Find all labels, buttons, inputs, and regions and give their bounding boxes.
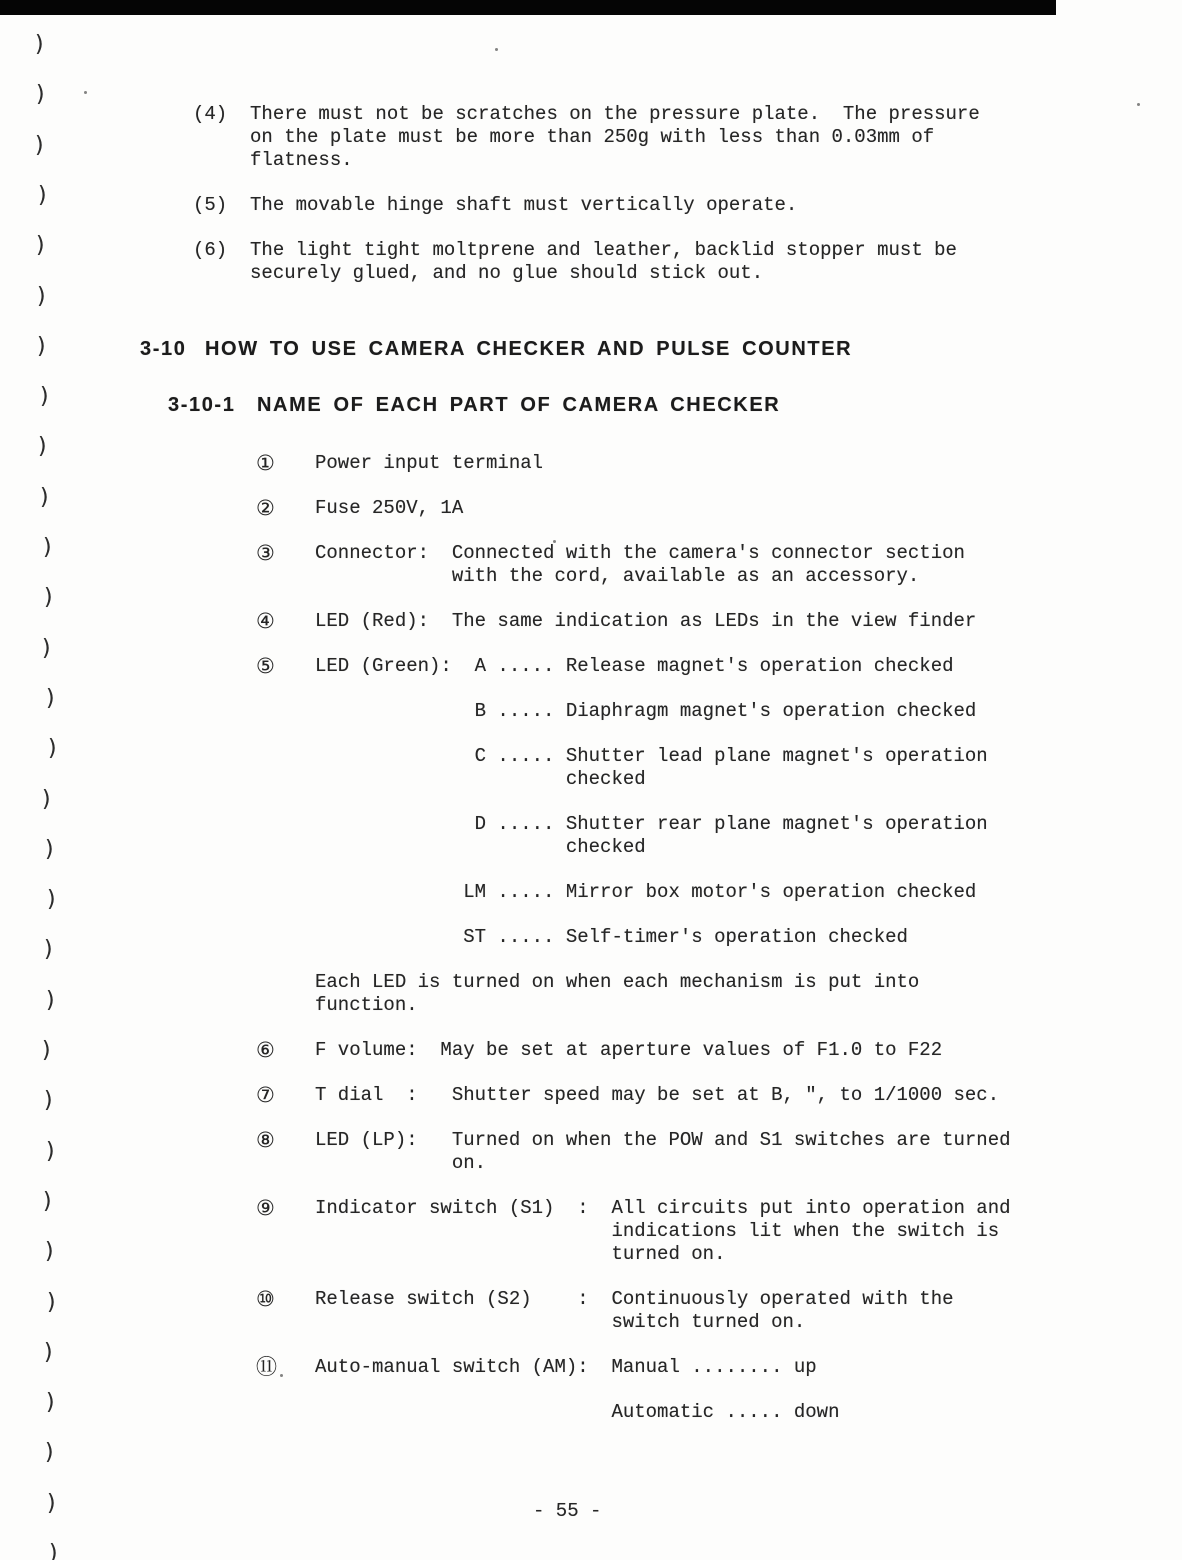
- item-line: ST ..... Self-timer's operation checked: [315, 926, 988, 949]
- binding-mark: ): [33, 32, 46, 57]
- item-block: Power input terminal: [315, 452, 543, 475]
- binding-mark: ): [38, 485, 51, 510]
- section-number: 3-10: [140, 338, 205, 361]
- binding-mark: ): [45, 1290, 58, 1315]
- binding-mark: ): [41, 535, 54, 560]
- section-title: HOW TO USE CAMERA CHECKER AND PULSE COUN…: [205, 338, 852, 361]
- section-heading: 3-10 HOW TO USE CAMERA CHECKER AND PULSE…: [140, 338, 852, 361]
- item-block: Indicator switch (S1) : All circuits put…: [315, 1197, 1011, 1266]
- item-body: Fuse 250V, 1A: [315, 497, 463, 520]
- item-body: LED (Red): The same indication as LEDs i…: [315, 610, 976, 633]
- binding-mark: ): [44, 988, 57, 1013]
- item-block: LED (Red): The same indication as LEDs i…: [315, 610, 976, 633]
- page-number: - 55 -: [533, 1500, 601, 1522]
- circled-number: ⑥: [256, 1039, 315, 1062]
- item-line: C ..... Shutter lead plane magnet's oper…: [315, 745, 988, 768]
- scanned-page: ))))))))))))))))))))))))))))))) (4) Ther…: [0, 0, 1182, 1560]
- item-block: B ..... Diaphragm magnet's operation che…: [315, 700, 988, 723]
- item-line: T dial : Shutter speed may be set at B, …: [315, 1084, 999, 1107]
- binding-mark: ): [36, 434, 49, 459]
- binding-mark: ): [38, 384, 51, 409]
- paragraph: (6) The light tight moltprene and leathe…: [193, 239, 980, 285]
- parts-list: ①Power input terminal②Fuse 250V, 1A③Conn…: [256, 452, 1011, 1424]
- item-line: function.: [315, 994, 919, 1017]
- subsection-heading: 3-10-1 NAME OF EACH PART OF CAMERA CHECK…: [168, 394, 780, 417]
- item-block: Automatic ..... down: [315, 1401, 840, 1424]
- list-item: ⑦T dial : Shutter speed may be set at B,…: [256, 1084, 1011, 1107]
- list-item: ①Power input terminal: [256, 452, 1011, 475]
- binding-mark: ): [42, 937, 55, 962]
- binding-mark: ): [35, 284, 48, 309]
- item-block: Release switch (S2) : Continuously opera…: [315, 1288, 954, 1334]
- binding-mark: ): [44, 1139, 57, 1164]
- item-line: with the cord, available as an accessory…: [315, 565, 965, 588]
- binding-mark: ): [45, 1491, 58, 1516]
- inspection-notes: (4) There must not be scratches on the p…: [193, 103, 980, 285]
- paragraph: (4) There must not be scratches on the p…: [193, 103, 980, 172]
- binding-mark: ): [47, 1541, 60, 1560]
- item-block: Each LED is turned on when each mechanis…: [315, 971, 919, 1017]
- item-line: Connector: Connected with the camera's c…: [315, 542, 965, 565]
- list-item: ④LED (Red): The same indication as LEDs …: [256, 610, 1011, 633]
- item-line: Fuse 250V, 1A: [315, 497, 463, 520]
- binding-mark: ): [44, 686, 57, 711]
- scan-speck: [495, 48, 498, 51]
- scan-speck: [553, 540, 556, 543]
- list-note: Each LED is turned on when each mechanis…: [256, 971, 1011, 1017]
- binding-mark: ): [35, 334, 48, 359]
- circled-number: ③: [256, 542, 315, 588]
- item-line: F volume: May be set at aperture values …: [315, 1039, 942, 1062]
- scan-speck: [1137, 103, 1140, 106]
- item-line: switch turned on.: [315, 1311, 954, 1334]
- item-line: LED (Green): A ..... Release magnet's op…: [315, 655, 988, 678]
- item-body: Power input terminal: [315, 452, 543, 475]
- binding-mark: ): [43, 1239, 56, 1264]
- item-line: Release switch (S2) : Continuously opera…: [315, 1288, 954, 1311]
- item-body: Each LED is turned on when each mechanis…: [315, 971, 919, 1017]
- item-body: Indicator switch (S1) : All circuits put…: [315, 1197, 1011, 1266]
- paragraph-line: securely glued, and no glue should stick…: [193, 262, 980, 285]
- item-line: Auto-manual switch (AM): Manual ........…: [315, 1356, 840, 1379]
- item-block: ST ..... Self-timer's operation checked: [315, 926, 988, 949]
- binding-mark: ): [42, 1340, 55, 1365]
- item-line: LM ..... Mirror box motor's operation ch…: [315, 881, 988, 904]
- item-body: F volume: May be set at aperture values …: [315, 1039, 942, 1062]
- item-line: B ..... Diaphragm magnet's operation che…: [315, 700, 988, 723]
- item-block: LED (LP): Turned on when the POW and S1 …: [315, 1129, 1011, 1175]
- binding-mark: ): [40, 787, 53, 812]
- item-line: Automatic ..... down: [315, 1401, 840, 1424]
- item-block: C ..... Shutter lead plane magnet's oper…: [315, 745, 988, 791]
- item-block: Auto-manual switch (AM): Manual ........…: [315, 1356, 840, 1379]
- list-item: ③Connector: Connected with the camera's …: [256, 542, 1011, 588]
- circled-number: ⑧: [256, 1129, 315, 1175]
- item-line: D ..... Shutter rear plane magnet's oper…: [315, 813, 988, 836]
- binding-mark: ): [40, 1038, 53, 1063]
- item-body: Connector: Connected with the camera's c…: [315, 542, 965, 588]
- scan-speck: [280, 1374, 283, 1377]
- binding-mark: ): [34, 233, 47, 258]
- circled-number: ⑪: [256, 1356, 315, 1424]
- list-item: ⑥F volume: May be set at aperture values…: [256, 1039, 1011, 1062]
- scan-edge-bar: [0, 0, 1056, 15]
- paragraph-line: on the plate must be more than 250g with…: [193, 126, 980, 149]
- subsection-title: NAME OF EACH PART OF CAMERA CHECKER: [257, 394, 780, 417]
- list-item: ②Fuse 250V, 1A: [256, 497, 1011, 520]
- item-block: D ..... Shutter rear plane magnet's oper…: [315, 813, 988, 859]
- circled-number: ④: [256, 610, 315, 633]
- list-item: ⑨Indicator switch (S1) : All circuits pu…: [256, 1197, 1011, 1266]
- list-item: ⑪Auto-manual switch (AM): Manual .......…: [256, 1356, 1011, 1424]
- paragraph-line: (4) There must not be scratches on the p…: [193, 103, 980, 126]
- item-block: F volume: May be set at aperture values …: [315, 1039, 942, 1062]
- binding-mark: ): [45, 887, 58, 912]
- list-item: ⑧LED (LP): Turned on when the POW and S1…: [256, 1129, 1011, 1175]
- binding-mark: ): [43, 837, 56, 862]
- item-block: LED (Green): A ..... Release magnet's op…: [315, 655, 988, 678]
- paragraph-line: (5) The movable hinge shaft must vertica…: [193, 194, 980, 217]
- item-line: Indicator switch (S1) : All circuits put…: [315, 1197, 1011, 1220]
- item-line: Each LED is turned on when each mechanis…: [315, 971, 919, 994]
- item-line: indications lit when the switch is: [315, 1220, 1011, 1243]
- item-line: LED (Red): The same indication as LEDs i…: [315, 610, 976, 633]
- paragraph: (5) The movable hinge shaft must vertica…: [193, 194, 980, 217]
- circled-number: ⑩: [256, 1288, 315, 1334]
- item-block: Connector: Connected with the camera's c…: [315, 542, 965, 588]
- circled-number: ⑤: [256, 655, 315, 949]
- item-line: on.: [315, 1152, 1011, 1175]
- item-line: turned on.: [315, 1243, 1011, 1266]
- binding-mark: ): [34, 82, 47, 107]
- item-line: checked: [315, 768, 988, 791]
- item-block: T dial : Shutter speed may be set at B, …: [315, 1084, 999, 1107]
- circled-number: ⑦: [256, 1084, 315, 1107]
- binding-mark: ): [41, 1189, 54, 1214]
- scan-speck: [84, 91, 87, 94]
- item-block: LM ..... Mirror box motor's operation ch…: [315, 881, 988, 904]
- binding-mark: ): [44, 1390, 57, 1415]
- binding-mark: ): [33, 133, 46, 158]
- list-item: ⑤LED (Green): A ..... Release magnet's o…: [256, 655, 1011, 949]
- item-line: Power input terminal: [315, 452, 543, 475]
- item-body: T dial : Shutter speed may be set at B, …: [315, 1084, 999, 1107]
- item-line: LED (LP): Turned on when the POW and S1 …: [315, 1129, 1011, 1152]
- circled-number: ⑨: [256, 1197, 315, 1266]
- item-body: LED (Green): A ..... Release magnet's op…: [315, 655, 988, 949]
- circled-number: ②: [256, 497, 315, 520]
- item-body: Auto-manual switch (AM): Manual ........…: [315, 1356, 840, 1424]
- binding-mark: ): [46, 736, 59, 761]
- item-body: LED (LP): Turned on when the POW and S1 …: [315, 1129, 1011, 1175]
- item-block: Fuse 250V, 1A: [315, 497, 463, 520]
- circled-number: ①: [256, 452, 315, 475]
- list-item: ⑩Release switch (S2) : Continuously oper…: [256, 1288, 1011, 1334]
- binding-mark: ): [40, 636, 53, 661]
- paragraph-line: (6) The light tight moltprene and leathe…: [193, 239, 980, 262]
- item-body: Release switch (S2) : Continuously opera…: [315, 1288, 954, 1334]
- item-line: checked: [315, 836, 988, 859]
- paragraph-line: flatness.: [193, 149, 980, 172]
- binding-mark: ): [42, 1088, 55, 1113]
- subsection-number: 3-10-1: [168, 394, 257, 417]
- binding-mark: ): [43, 1440, 56, 1465]
- binding-mark: ): [42, 585, 55, 610]
- binding-mark: ): [36, 183, 49, 208]
